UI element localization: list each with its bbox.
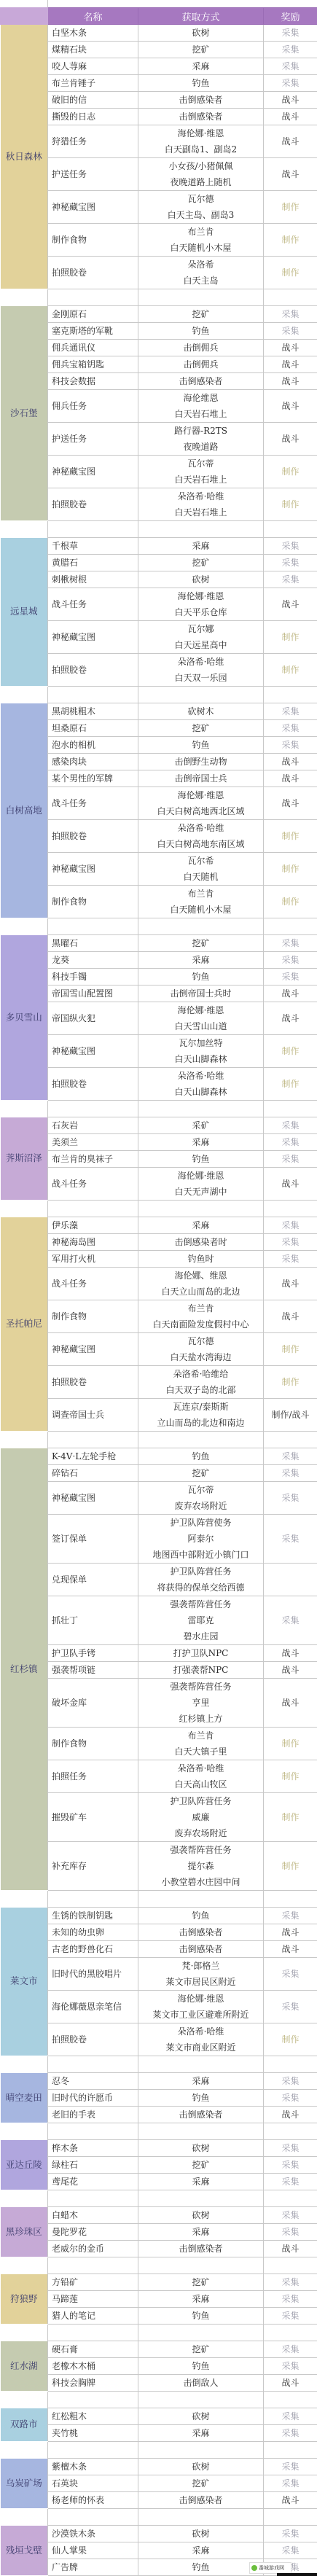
item-name: 兑现保单 — [48, 1564, 138, 1596]
item-name: 硬石膏 — [48, 2341, 138, 2358]
item-name: 摧毁矿车 — [48, 1793, 138, 1842]
item-name: 杨老师的怀表 — [48, 2492, 138, 2509]
table-row: 拍照胶卷朵洛希·哈维 白天白树高地东南区域制作 — [1, 820, 317, 853]
acquire-method: 采麻 — [138, 2174, 264, 2190]
reward-type: 采集 — [264, 1134, 317, 1151]
table-row: 帝国雪山配置图击倒帝国士兵时战斗 — [1, 985, 317, 1002]
table-row: 乌炭矿场紫檀木条砍树采集 — [1, 2459, 317, 2475]
acquire-method: 采麻 — [138, 2073, 264, 2090]
acquire-method: 挖矿 — [138, 306, 264, 323]
reward-type: 采集 — [264, 1151, 317, 1168]
table-row: 拍照任务朵洛希·哈维 白天高山牧区制作 — [1, 1760, 317, 1793]
table-row: 战斗任务海伦娜、维恩 白天立山而岛的北边战斗 — [1, 1268, 317, 1300]
item-name: 科技会胸牌 — [48, 2375, 138, 2392]
collection-guide-page: 名称 获取方式 奖励 秋日森林白坚木条砍树采集煤精石块挖矿采集咬人荨麻采麻采集布… — [0, 0, 317, 2576]
reward-type: 制作 — [264, 1068, 317, 1101]
item-name: 伊乐藻 — [48, 1217, 138, 1234]
acquire-method: 护卫队阵营任务 将获得的保单交给西德 — [138, 1564, 264, 1596]
reward-type: 战斗 — [264, 2492, 317, 2509]
acquire-method: 瓦尔蒂 废弃农场附近 — [138, 1482, 264, 1515]
table-row: 多贝雪山黑曜石挖矿采集 — [1, 935, 317, 952]
reward-type: 采集 — [264, 2475, 317, 2492]
item-name: 抓壮丁 — [48, 1596, 138, 1645]
reward-type: 战斗 — [264, 1662, 317, 1679]
table-row: 拍照胶卷朵洛希·哈维给 白天双子岛的北部制作 — [1, 1366, 317, 1399]
acquire-method: 击倒野生动物 — [138, 754, 264, 770]
reward-type: 采集 — [264, 2157, 317, 2174]
acquire-method: 小女孩/小猪佩佩 夜晚道路上随机 — [138, 158, 264, 191]
item-name: 方铅矿 — [48, 2274, 138, 2291]
item-name: 黑曜石 — [48, 935, 138, 952]
reward-type: 采集 — [264, 2207, 317, 2224]
item-name: 老橡木木桶 — [48, 2358, 138, 2375]
acquire-method: 击倒佣兵 — [138, 356, 264, 373]
item-name: 帝国雪山配置图 — [48, 985, 138, 1002]
reward-type: 战斗 — [264, 356, 317, 373]
header-name: 名称 — [48, 8, 138, 25]
item-name: 拍照胶卷 — [48, 1068, 138, 1101]
item-name: 碎钻石 — [48, 1465, 138, 1482]
reward-type: 采集 — [264, 571, 317, 588]
acquire-method: 挖矿 — [138, 2274, 264, 2291]
reward-type: 采集 — [264, 935, 317, 952]
reward-type: 制作 — [264, 1842, 317, 1891]
table-row: 沙石堡金刚原石挖矿采集 — [1, 306, 317, 323]
acquire-method: 挖矿 — [138, 1465, 264, 1482]
reward-type: 战斗 — [264, 1300, 317, 1333]
item-name: 金刚原石 — [48, 306, 138, 323]
acquire-method: 砍树 — [138, 25, 264, 42]
acquire-method: 海伦娜·维恩 白天无声湖中 — [138, 1168, 264, 1201]
table-row: 老威尔的金币击倒感染者战斗 — [1, 2241, 317, 2257]
item-name: 拍照胶卷 — [48, 488, 138, 521]
acquire-method: 强袭帮阵营任务 雷耶克 碧水庄园 — [138, 1596, 264, 1645]
acquire-method: 采麻 — [138, 58, 264, 75]
reward-type: 采集 — [264, 720, 317, 737]
table-row: 龙葵采麻采集 — [1, 952, 317, 969]
reward-type: 采集 — [264, 1991, 317, 2023]
acquire-method: 采麻 — [138, 952, 264, 969]
item-name: 拍照胶卷 — [48, 654, 138, 687]
region-separator-row — [1, 2056, 317, 2073]
table-row: 科技会胸牌击倒敌人战斗 — [1, 2375, 317, 2392]
item-name: 布兰肯的臭袜子 — [48, 1151, 138, 1168]
item-name: 绿柱石 — [48, 2157, 138, 2174]
item-name: 护送任务 — [48, 423, 138, 456]
region-label: 黑珍珠区 — [1, 2207, 48, 2257]
table-row: 神秘藏宝图瓦尔娜 白天远星高中制作 — [1, 621, 317, 654]
item-name: 护卫队手铐 — [48, 1645, 138, 1662]
reward-type: 制作 — [264, 1793, 317, 1842]
acquire-method: 击倒感染者 — [138, 2492, 264, 2509]
table-row: 亚达丘陵桦木条砍树采集 — [1, 2140, 317, 2157]
reward-type: 战斗 — [264, 390, 317, 423]
region-separator-row — [1, 2509, 317, 2526]
reward-type: 采集 — [264, 2308, 317, 2325]
item-name: 白蜡木 — [48, 2207, 138, 2224]
table-row: 补充库存强袭帮阵营任务 提尔森 小教堂碧水庄园中间制作 — [1, 1842, 317, 1891]
reward-type: 制作 — [264, 1728, 317, 1760]
table-row: 坦桑原石挖矿采集 — [1, 720, 317, 737]
table-row: 兑现保单护卫队阵营任务 将获得的保单交给西德 — [1, 1564, 317, 1596]
region-separator-row — [1, 1891, 317, 1908]
item-name: 老旧的手表 — [48, 2107, 138, 2123]
reward-type: 采集 — [264, 323, 317, 340]
table-row: 莱文市生锈的铁制钥匙钓鱼采集 — [1, 1908, 317, 1924]
acquire-method: 海伦娜·维恩 白天平乐仓库 — [138, 588, 264, 621]
header-region — [1, 8, 48, 25]
item-name: 拍照任务 — [48, 1760, 138, 1793]
item-name: 狩猎任务 — [48, 125, 138, 158]
acquire-method: 朵洛希·哈维 白天山脚森林 — [138, 1068, 264, 1101]
region-label: 狩狼野 — [1, 2274, 48, 2325]
acquire-method: 采麻 — [138, 2425, 264, 2442]
reward-type: 采集 — [264, 703, 317, 720]
table-row: 强袭帮项链打强袭帮NPC战斗 — [1, 1662, 317, 1679]
item-name: 神秘藏宝图 — [48, 1035, 138, 1068]
table-row: 黄腊石挖矿采集 — [1, 555, 317, 571]
region-separator-row — [1, 2325, 317, 2341]
reward-type: 战斗 — [264, 588, 317, 621]
item-name: 科技会数据 — [48, 373, 138, 390]
reward-type: 战斗 — [264, 2241, 317, 2257]
reward-type: 采集 — [264, 2274, 317, 2291]
site-badge: 番城游戏网 — [249, 2562, 291, 2574]
acquire-method: 采矿 — [138, 1117, 264, 1134]
reward-type: 采集 — [264, 952, 317, 969]
table-row: 狩猎任务海伦娜·维恩 白天副岛1、副岛2战斗 — [1, 125, 317, 158]
reward-type: 战斗 — [264, 1679, 317, 1728]
table-row: 神秘藏宝图瓦尔希 白天随机制作 — [1, 853, 317, 886]
item-name: 某个男性的军牌 — [48, 770, 138, 787]
acquire-method: 击倒敌人 — [138, 2375, 264, 2392]
item-name: 石英块 — [48, 2475, 138, 2492]
item-name: 调查帝国士兵 — [48, 1399, 138, 1432]
table-row: 制作食物布兰肯 白天大镇子里制作 — [1, 1728, 317, 1760]
acquire-method: 梵·郎格兰 莱文市居民区附近 — [138, 1958, 264, 1991]
acquire-method: 朵洛希 白天主岛 — [138, 257, 264, 289]
table-row: 护送任务小女孩/小猪佩佩 夜晚道路上随机战斗 — [1, 158, 317, 191]
item-name: 签订保单 — [48, 1515, 138, 1564]
region-label: 残垣戈壁 — [1, 2526, 48, 2576]
acquire-method: 击倒感染者 — [138, 92, 264, 109]
table-row: 拍照胶卷朵洛希·哈维 白天山脚森林制作 — [1, 1068, 317, 1101]
reward-type: 制作 — [264, 2023, 317, 2056]
table-row: 摧毁矿车护卫队阵营任务 威廉 废弃农场附近制作 — [1, 1793, 317, 1842]
item-name: 生锈的铁制钥匙 — [48, 1908, 138, 1924]
table-row: 旧时代的黑胶唱片梵·郎格兰 莱文市居民区附近采集 — [1, 1958, 317, 1991]
item-name: 泡水的相机 — [48, 737, 138, 754]
acquire-method: 钓鱼 — [138, 969, 264, 985]
table-row: 红杉镇K-4V·L左轮手枪钓鱼采集 — [1, 1448, 317, 1465]
reward-type: 采集 — [264, 2341, 317, 2358]
item-name: 刺楸树根 — [48, 571, 138, 588]
reward-type: 制作 — [264, 1035, 317, 1068]
table-header-row: 名称 获取方式 奖励 — [1, 8, 317, 25]
reward-type: 采集 — [264, 2140, 317, 2157]
reward-type: 采集 — [264, 2073, 317, 2090]
acquire-method: 钓鱼 — [138, 1908, 264, 1924]
region-separator-row — [1, 1432, 317, 1448]
item-name: 夹竹桃 — [48, 2425, 138, 2442]
reward-type: 采集 — [264, 555, 317, 571]
reward-type: 采集 — [264, 1482, 317, 1515]
region-separator-row — [1, 289, 317, 306]
acquire-method: 钓鱼 — [138, 1151, 264, 1168]
acquire-method: 海伦娜·维恩 白天白树高地西北区域 — [138, 787, 264, 820]
acquire-method: 击倒感染者 — [138, 109, 264, 125]
region-label: 乌炭矿场 — [1, 2459, 48, 2509]
item-name: 破旧的信 — [48, 92, 138, 109]
acquire-method: 路行器-R2TS 夜晚道路 — [138, 423, 264, 456]
item-name: 神秘海岛图 — [48, 1234, 138, 1251]
table-row: 感染肉块击倒野生动物战斗 — [1, 754, 317, 770]
reward-type: 战斗 — [264, 109, 317, 125]
item-name: 马蹄莲 — [48, 2291, 138, 2308]
item-name: 龙葵 — [48, 952, 138, 969]
item-name: 强袭帮项链 — [48, 1662, 138, 1679]
item-name: 佣兵通讯仪 — [48, 340, 138, 356]
reward-type: 采集 — [264, 1596, 317, 1645]
reward-type: 战斗 — [264, 985, 317, 1002]
acquire-method: 瓦尔娜 白天远星高中 — [138, 621, 264, 654]
table-row: 破旧的信击倒感染者战斗 — [1, 92, 317, 109]
reward-type: 采集 — [264, 1448, 317, 1465]
reward-type: 制作 — [264, 1760, 317, 1793]
table-row: 白树高地黑胡桃粗木砍树木采集 — [1, 703, 317, 720]
item-name: 塞克斯塔的军靴 — [48, 323, 138, 340]
table-row: 双路市红松粗木砍树采集 — [1, 2408, 317, 2425]
acquire-method: 挖矿 — [138, 2475, 264, 2492]
acquire-method: 瓦尔德 白天主岛、副岛3 — [138, 191, 264, 224]
table-row: 签订保单护卫队阵营使务 阿泰尔 地图西中部附近小镇门口采集 — [1, 1515, 317, 1564]
acquire-method: 挖矿 — [138, 555, 264, 571]
item-name: 战斗任务 — [48, 1268, 138, 1300]
reward-type: 采集 — [264, 1234, 317, 1251]
item-name: 制作食物 — [48, 886, 138, 918]
acquire-method: 采麻 — [138, 2291, 264, 2308]
reward-type: 战斗 — [264, 92, 317, 109]
table-row: 护卫队手铐打护卫队NPC战斗 — [1, 1645, 317, 1662]
region-label: 亚达丘陵 — [1, 2140, 48, 2190]
table-row: 鸢尾花采麻采集 — [1, 2174, 317, 2190]
acquire-method: 采麻 — [138, 1134, 264, 1151]
table-row: 佣兵宝箱钥匙击倒佣兵战斗 — [1, 356, 317, 373]
acquire-method: 钓鱼 — [138, 737, 264, 754]
reward-type: 战斗 — [264, 787, 317, 820]
acquire-method: 瓦尔蒂 白天岩石堆上 — [138, 456, 264, 488]
table-row: 远星城千根草采麻采集 — [1, 538, 317, 555]
item-name: 千根草 — [48, 538, 138, 555]
region-label: 红杉镇 — [1, 1448, 48, 1891]
region-label: 莱文市 — [1, 1908, 48, 2056]
item-name: 神秘藏宝图 — [48, 1333, 138, 1366]
reward-type: 制作 — [264, 191, 317, 224]
table-row: 布兰肯锤子钓鱼采集 — [1, 75, 317, 92]
reward-type: 战斗 — [264, 2375, 317, 2392]
item-name: 猎人的笔记 — [48, 2308, 138, 2325]
acquire-method: 击倒感染者 — [138, 2107, 264, 2123]
reward-type: 制作 — [264, 621, 317, 654]
reward-type: 采集 — [264, 58, 317, 75]
acquire-method: 采麻 — [138, 2542, 264, 2559]
acquire-method: 护卫队阵营使务 阿泰尔 地图西中部附近小镇门口 — [138, 1515, 264, 1564]
item-name: 海伦娜薇恩亲笔信 — [48, 1991, 138, 2023]
reward-type: 战斗 — [264, 373, 317, 390]
table-row: 老橡木木桶钓鱼采集 — [1, 2358, 317, 2375]
item-name: 广告牌 — [48, 2559, 138, 2576]
acquire-method: 钓鱼 — [138, 2559, 264, 2576]
acquire-method: 瓦尔希 白天随机 — [138, 853, 264, 886]
table-row: 碎钻石挖矿采集 — [1, 1465, 317, 1482]
item-name: 坦桑原石 — [48, 720, 138, 737]
acquire-method: 砍树 — [138, 2207, 264, 2224]
reward-type: 采集 — [264, 1515, 317, 1564]
table-row: 塞克斯塔的军靴钓鱼采集 — [1, 323, 317, 340]
table-row: 神秘藏宝图瓦尔德 白天主岛、副岛3制作 — [1, 191, 317, 224]
item-name: 拍照胶卷 — [48, 1366, 138, 1399]
item-name: 补充库存 — [48, 1842, 138, 1891]
reward-type: 采集 — [264, 2425, 317, 2442]
item-name: 军用打火机 — [48, 1251, 138, 1268]
acquire-method: 护卫队阵营任务 威廉 废弃农场附近 — [138, 1793, 264, 1842]
reward-type: 战斗 — [264, 754, 317, 770]
region-separator-row — [1, 918, 317, 935]
table-row: 圣托帕尼伊乐藻采麻采集 — [1, 1217, 317, 1234]
acquire-method: 挖矿 — [138, 2341, 264, 2358]
acquire-method: 击倒帝国士兵时 — [138, 985, 264, 1002]
table-row: 红水湖硬石膏挖矿采集 — [1, 2341, 317, 2358]
acquire-method: 砍树木 — [138, 703, 264, 720]
region-label: 白树高地 — [1, 703, 48, 918]
acquire-method: 布兰肯 白天南面险发度假村中心 — [138, 1300, 264, 1333]
reward-type: 制作/战斗 — [264, 1399, 317, 1432]
acquire-method: 布兰肯 白天大镇子里 — [138, 1728, 264, 1760]
acquire-method: 挖矿 — [138, 42, 264, 58]
item-name: K-4V·L左轮手枪 — [48, 1448, 138, 1465]
badge-shadow — [277, 2573, 317, 2576]
item-name: 神秘藏宝图 — [48, 191, 138, 224]
reward-type: 战斗 — [264, 1002, 317, 1035]
table-row: 未知的幼虫卵击倒感染者战斗 — [1, 1924, 317, 1941]
reward-type: 采集 — [264, 2358, 317, 2375]
acquire-method: 朵洛希·哈维 莱文市商业区附近 — [138, 2023, 264, 2056]
reward-type: 战斗 — [264, 1924, 317, 1941]
table-row: 拍照胶卷朵洛希·哈维 白天岩石堆上制作 — [1, 488, 317, 521]
table-row: 军用打火机钓鱼时采集 — [1, 1251, 317, 1268]
reward-type: 采集 — [264, 1908, 317, 1924]
region-separator-row — [1, 1101, 317, 1117]
acquire-method: 海伦维恩 白天岩石堆上 — [138, 390, 264, 423]
reward-type: 制作 — [264, 853, 317, 886]
table-row: 战斗任务海伦娜·维恩 白天白树高地西北区域战斗 — [1, 787, 317, 820]
item-name: 沙漠铁木条 — [48, 2526, 138, 2542]
table-row: 战斗任务海伦娜·维恩 白天无声湖中战斗 — [1, 1168, 317, 1201]
table-row: 科技会数据击倒感染者战斗 — [1, 373, 317, 390]
table-row: 夹竹桃采麻采集 — [1, 2425, 317, 2442]
acquire-method: 钓鱼 — [138, 1448, 264, 1465]
reward-type: 制作 — [264, 224, 317, 257]
table-row: 旧时代的许愿币钓鱼采集 — [1, 2090, 317, 2107]
acquire-method: 采麻 — [138, 2224, 264, 2241]
item-name: 神秘藏宝图 — [48, 853, 138, 886]
table-row: 撕毁的日志击倒感染者战斗 — [1, 109, 317, 125]
acquire-method: 强袭帮阵营任务 提尔森 小教堂碧水庄园中间 — [138, 1842, 264, 1891]
reward-type: 战斗 — [264, 158, 317, 191]
table-row: 咬人荨麻采麻采集 — [1, 58, 317, 75]
acquire-method: 布兰肯 白天随机小木屋 — [138, 886, 264, 918]
item-name: 紫檀木条 — [48, 2459, 138, 2475]
reward-type: 制作 — [264, 488, 317, 521]
table-row: 拍照胶卷朵洛希·哈维 白天双一乐园制作 — [1, 654, 317, 687]
reward-type: 战斗 — [264, 125, 317, 158]
top-strip — [0, 0, 317, 7]
table-row: 古老的野兽化石击倒感染者战斗 — [1, 1941, 317, 1958]
table-row: 曼陀罗花采麻采集 — [1, 2224, 317, 2241]
reward-type: 战斗 — [264, 423, 317, 456]
item-name: 科技手镯 — [48, 969, 138, 985]
acquire-method: 击倒感染者 — [138, 1941, 264, 1958]
reward-type: 制作 — [264, 1366, 317, 1399]
table-row: 神秘藏宝图瓦尔蒂 白天岩石堆上制作 — [1, 456, 317, 488]
table-row: 制作食物布兰肯 白天随机小木屋制作 — [1, 886, 317, 918]
reward-type: 战斗 — [264, 2107, 317, 2123]
reward-type: 采集 — [264, 1217, 317, 1234]
item-name: 仙人掌果 — [48, 2542, 138, 2559]
item-name: 旧时代的许愿币 — [48, 2090, 138, 2107]
item-name: 撕毁的日志 — [48, 109, 138, 125]
item-name: 战斗任务 — [48, 787, 138, 820]
table-row: 护送任务路行器-R2TS 夜晚道路战斗 — [1, 423, 317, 456]
reward-type: 采集 — [264, 42, 317, 58]
reward-type: 采集 — [264, 1958, 317, 1991]
item-name: 白坚木条 — [48, 25, 138, 42]
region-separator-row — [1, 2392, 317, 2408]
reward-type: 制作 — [264, 1333, 317, 1366]
reward-type: 采集 — [264, 2408, 317, 2425]
acquire-method: 击倒帝国士兵 — [138, 770, 264, 787]
item-name: 曼陀罗花 — [48, 2224, 138, 2241]
acquire-method: 击倒佣兵 — [138, 340, 264, 356]
acquire-method: 钓鱼 — [138, 323, 264, 340]
acquire-method: 朵洛希·哈维 白天高山牧区 — [138, 1760, 264, 1793]
acquire-method: 打强袭帮NPC — [138, 1662, 264, 1679]
table-row: 晴空麦田忍冬采麻采集 — [1, 2073, 317, 2090]
acquire-method: 朵洛希·哈维给 白天双子岛的北部 — [138, 1366, 264, 1399]
item-name: 古老的野兽化石 — [48, 1941, 138, 1958]
reward-type: 采集 — [264, 306, 317, 323]
acquire-method: 海伦娜·维恩 白天雪山山道 — [138, 1002, 264, 1035]
acquire-method: 钓鱼时 — [138, 1251, 264, 1268]
reward-type: 战斗 — [264, 1941, 317, 1958]
header-reward: 奖励 — [264, 8, 317, 25]
region-label: 晴空麦田 — [1, 2073, 48, 2123]
table-row: 秋日森林白坚木条砍树采集 — [1, 25, 317, 42]
acquire-method: 朵洛希·哈维 白天双一乐园 — [138, 654, 264, 687]
table-row: 残垣戈壁沙漠铁木条砍树采集 — [1, 2526, 317, 2542]
item-name: 鸢尾花 — [48, 2174, 138, 2190]
table-row: 仙人掌果采麻采集 — [1, 2542, 317, 2559]
table-row: 抓壮丁强袭帮阵营任务 雷耶克 碧水庄园采集 — [1, 1596, 317, 1645]
item-name: 黑胡桃粗木 — [48, 703, 138, 720]
item-name: 旧时代的黑胶唱片 — [48, 1958, 138, 1991]
table-row: 佣兵任务海伦维恩 白天岩石堆上战斗 — [1, 390, 317, 423]
table-row: 煤精石块挖矿采集 — [1, 42, 317, 58]
table-row: 石英块挖矿采集 — [1, 2475, 317, 2492]
table-row: 战斗任务海伦娜·维恩 白天平乐仓库战斗 — [1, 588, 317, 621]
acquire-method: 朵洛希·哈维 白天岩石堆上 — [138, 488, 264, 521]
reward-type: 制作 — [264, 654, 317, 687]
